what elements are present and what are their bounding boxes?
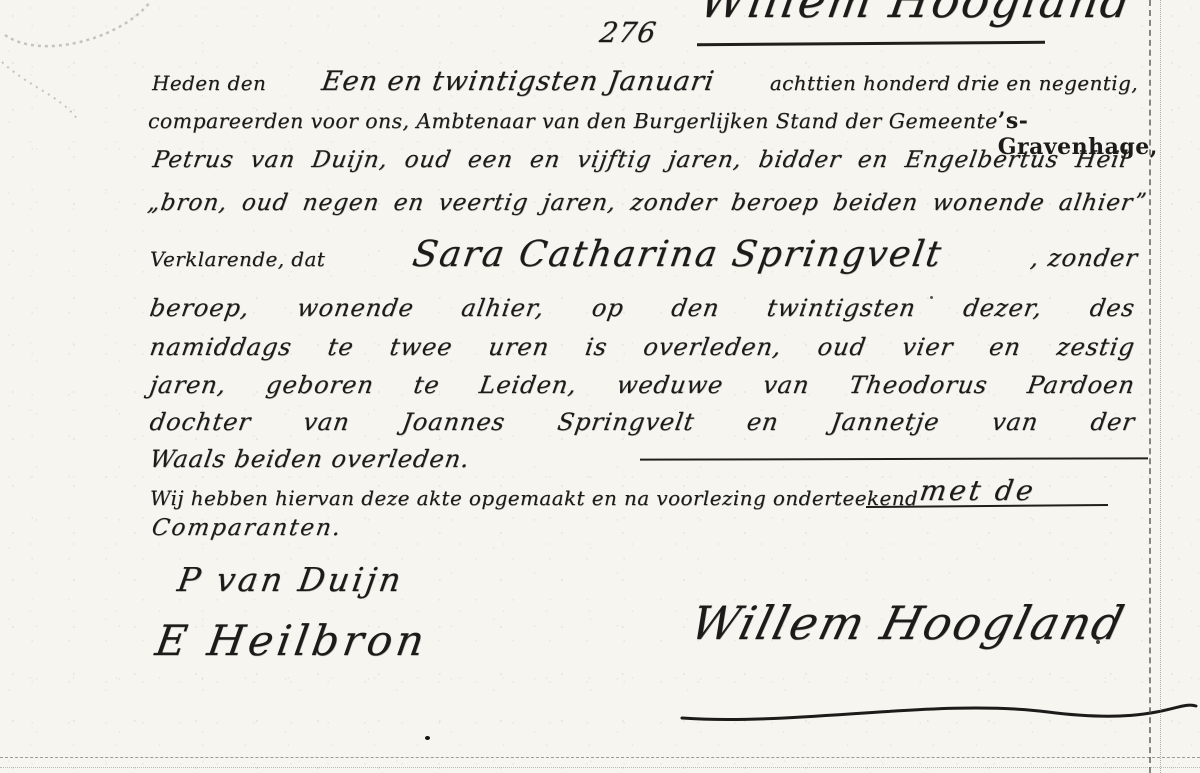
- right-fold-line: [1149, 0, 1151, 773]
- line-deathtime-age: namiddags te twee uren is overleden, oud…: [148, 333, 1137, 361]
- line-parents-end: Waals beiden overleden.: [148, 445, 472, 473]
- signature-declarant-2: E Heilbron: [152, 616, 431, 665]
- previous-signature-rule: [697, 41, 1045, 46]
- signature-registrar: Willem Hoogland: [685, 596, 1131, 650]
- ink-speck: [425, 736, 430, 740]
- line-birthplace-widow: jaren, geboren te Leiden, weduwe van The…: [148, 371, 1137, 399]
- signature-declarant-1: P van Duijn: [175, 560, 407, 599]
- registrar-signature-flourish: [678, 688, 1200, 732]
- line-residence-deathdate: beroep, wonende alhier, op den twintigst…: [148, 294, 1137, 322]
- written-comparanten: Comparanten.: [150, 515, 344, 541]
- printed-compareerden: compareerden voor ons, Ambtenaar van den…: [148, 109, 998, 133]
- deceased-name: Sara Catharina Springvelt: [410, 234, 946, 275]
- bottom-edge-line: [0, 757, 1200, 758]
- written-met-de: met de: [917, 474, 1038, 507]
- ink-speck: [1096, 640, 1100, 644]
- written-date: Een en twintigsten Januari: [319, 66, 716, 97]
- line-declarant-2: „bron, oud negen en veertig jaren, zonde…: [146, 190, 1135, 216]
- filler-rule: [640, 457, 1148, 460]
- line-date: Heden den Een en twintigsten Januari ach…: [152, 66, 1138, 97]
- printed-heden-den: Heden den: [152, 71, 266, 95]
- printed-closing: Wij hebben hiervan deze akte opgemaakt e…: [150, 486, 918, 510]
- bottom-edge-line-2: [0, 767, 1200, 768]
- line-parents: dochter van Joannes Springvelt en Jannet…: [148, 408, 1137, 436]
- continuation-mark: „: [1136, 176, 1148, 201]
- printed-year: achttien honderd drie en negentig,: [770, 71, 1138, 95]
- scanned-death-record: 276 Willem Hoogland Heden den Een en twi…: [0, 0, 1200, 773]
- right-fold-line-2: [1160, 0, 1161, 773]
- line-declaration: Verklarende, dat Sara Catharina Springve…: [150, 234, 1138, 275]
- act-number: 276: [597, 16, 659, 49]
- ink-speck: [930, 296, 933, 299]
- printed-verklarende: Verklarende, dat: [150, 247, 325, 271]
- line-declarant-1: Petrus van Duijn, oud een en vijftig jar…: [151, 147, 1130, 173]
- previous-act-signature: Willem Hoogland: [696, 0, 1137, 28]
- written-zonder: , zonder: [1029, 244, 1140, 272]
